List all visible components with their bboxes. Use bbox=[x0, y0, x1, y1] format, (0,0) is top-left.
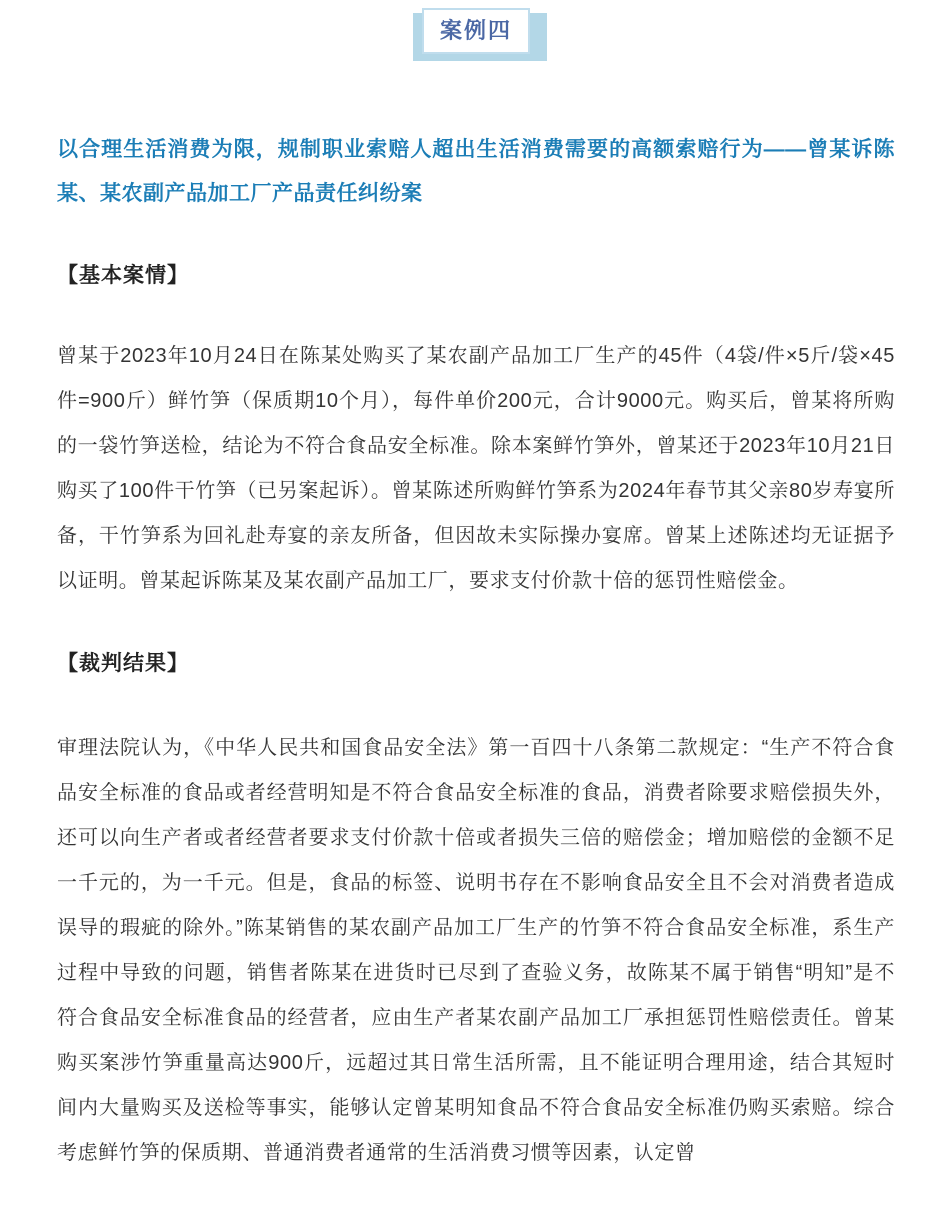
case-title: 以合理生活消费为限，规制职业索赔人超出生活消费需要的高额索赔行为——曾某诉陈某、… bbox=[57, 128, 895, 216]
judgment-paragraph: 审理法院认为，《中华人民共和国食品安全法》第一百四十八条第二款规定：“生产不符合… bbox=[57, 726, 895, 1176]
section-heading-judgment: 【裁判结果】 bbox=[57, 648, 895, 680]
document-page: 案例四 以合理生活消费为限，规制职业索赔人超出生活消费需要的高额索赔行为——曾某… bbox=[0, 0, 952, 1209]
basic-facts-paragraph: 曾某于2023年10月24日在陈某处购买了某农副产品加工厂生产的45件（4袋/件… bbox=[57, 334, 895, 604]
section-heading-basic-facts: 【基本案情】 bbox=[57, 260, 895, 292]
case-badge-row: 案例四 bbox=[57, 8, 895, 54]
case-badge-label: 案例四 bbox=[422, 8, 530, 54]
case-badge: 案例四 bbox=[422, 8, 530, 54]
